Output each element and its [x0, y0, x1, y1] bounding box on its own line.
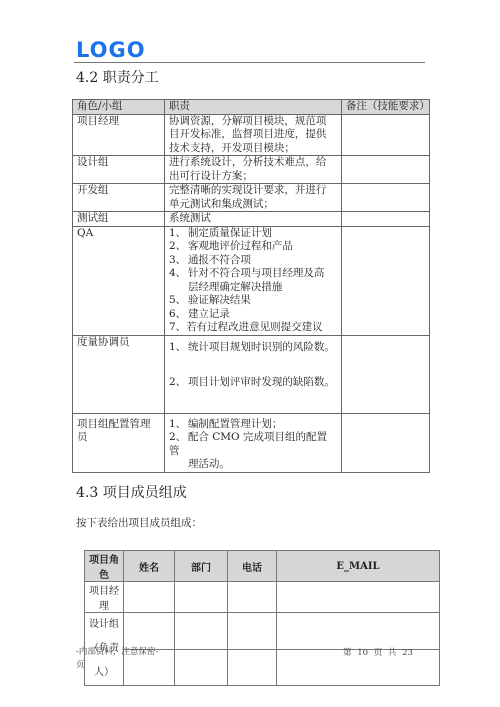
dept-cell [175, 613, 228, 650]
role-cell: 测试组 [73, 212, 165, 227]
header-role: 角色/小组 [73, 100, 165, 115]
section-title-4-3: 4.3 项目成员组成 [76, 482, 187, 502]
dept-cell [175, 582, 228, 613]
duty-cell: 系统测试 [164, 212, 341, 227]
footer-page-info: 第 10 页 共 23 [343, 646, 413, 658]
header-name: 姓名 [124, 551, 175, 582]
dept-cell [175, 649, 228, 686]
phone-cell [228, 582, 277, 613]
list-item: 6、建立记录 [169, 308, 337, 322]
section-title-4-2: 4.2 职责分工 [76, 67, 159, 87]
name-cell [124, 613, 175, 650]
role-cell: 设计组 [73, 156, 165, 184]
header-note: 备注（技能要求） [341, 100, 429, 115]
duty-cell: 1、统计项目规划时识别的风险数。 2、项目计划评审时发现的缺陷数。 [164, 335, 341, 413]
table-row: 项目经理 [85, 582, 440, 613]
role-cell: QA [73, 226, 165, 335]
list-item: 1、制定质量保证计划 [169, 227, 337, 241]
intro-text: 按下表给出项目成员组成： [76, 515, 202, 530]
email-cell [277, 582, 440, 613]
role-cell: 项目组配置管理员 [73, 413, 165, 472]
phone-cell [228, 649, 277, 686]
table-row: 测试组 系统测试 [73, 212, 430, 227]
list-item: 1、编制配置管理计划； [169, 418, 337, 432]
note-cell [341, 184, 429, 212]
duty-cell: 1、编制配置管理计划； 2、配合 CMO 完成项目组的配置管 理活动。 [164, 413, 341, 472]
list-item: 1、统计项目规划时识别的风险数。 [169, 341, 337, 355]
note-cell [341, 226, 429, 335]
email-cell [277, 613, 440, 650]
list-item: 7、若有过程改进意见则提交建议 [169, 321, 337, 335]
note-cell [341, 212, 429, 227]
role-cell: 项目经理 [85, 582, 124, 613]
table-header-row: 项目角色 姓名 部门 电话 E_MAIL [85, 551, 440, 582]
note-cell [341, 335, 429, 413]
table-row: 设计组 （负责人） [85, 613, 440, 650]
table-row: 项目经理 协调资源，分解项目模块，规范项目开发标准，监督项目进度，提供技术支持，… [73, 114, 430, 156]
duty-cell: 完整清晰的实现设计要求，并进行单元测试和集成测试； [164, 184, 341, 212]
duty-cell: 进行系统设计，分析技术难点，给出可行设计方案； [164, 156, 341, 184]
table-row: 设计组 进行系统设计，分析技术难点，给出可行设计方案； [73, 156, 430, 184]
note-cell [341, 156, 429, 184]
list-item: 2、客观地评价过程和产品 [169, 240, 337, 254]
table-row: 开发组 完整清晰的实现设计要求，并进行单元测试和集成测试； [73, 184, 430, 212]
note-cell [341, 413, 429, 472]
duty-cell: 协调资源，分解项目模块，规范项目开发标准，监督项目进度，提供技术支持，开发项目模… [164, 114, 341, 156]
table-header-row: 角色/小组 职责 备注（技能要求） [73, 100, 430, 115]
role-cell: 度量协调员 [73, 335, 165, 413]
header-dept: 部门 [175, 551, 228, 582]
header-email: E_MAIL [277, 551, 440, 582]
list-item: 2、配合 CMO 完成项目组的配置管 [169, 431, 337, 458]
logo: LOGO [76, 38, 146, 62]
list-item: 5、验证解决结果 [169, 294, 337, 308]
list-item: 3、通报不符合项 [169, 254, 337, 268]
list-item-continuation: 层经理确定解决措施 [169, 281, 337, 295]
header-divider [74, 62, 425, 63]
duty-cell: 1、制定质量保证计划 2、客观地评价过程和产品 3、通报不符合项 4、针对不符合… [164, 226, 341, 335]
table-row: 项目组配置管理员 1、编制配置管理计划； 2、配合 CMO 完成项目组的配置管 … [73, 413, 430, 472]
role-cell: 项目经理 [73, 114, 165, 156]
table-row: QA 1、制定质量保证计划 2、客观地评价过程和产品 3、通报不符合项 4、针对… [73, 226, 430, 335]
list-item: 4、针对不符合项与项目经理及高 [169, 267, 337, 281]
table-row: 度量协调员 1、统计项目规划时识别的风险数。 2、项目计划评审时发现的缺陷数。 [73, 335, 430, 413]
phone-cell [228, 613, 277, 650]
name-cell [124, 582, 175, 613]
role-cell: 开发组 [73, 184, 165, 212]
responsibility-table: 角色/小组 职责 备注（技能要求） 项目经理 协调资源，分解项目模块，规范项目开… [72, 99, 430, 473]
list-item-continuation: 理活动。 [169, 458, 337, 472]
note-cell [341, 114, 429, 156]
footer-confidential: -内部资料，注意保密- 页 [76, 646, 158, 672]
header-role: 项目角色 [85, 551, 124, 582]
header-duty: 职责 [164, 100, 341, 115]
header-phone: 电话 [228, 551, 277, 582]
list-item: 2、项目计划评审时发现的缺陷数。 [169, 376, 337, 390]
